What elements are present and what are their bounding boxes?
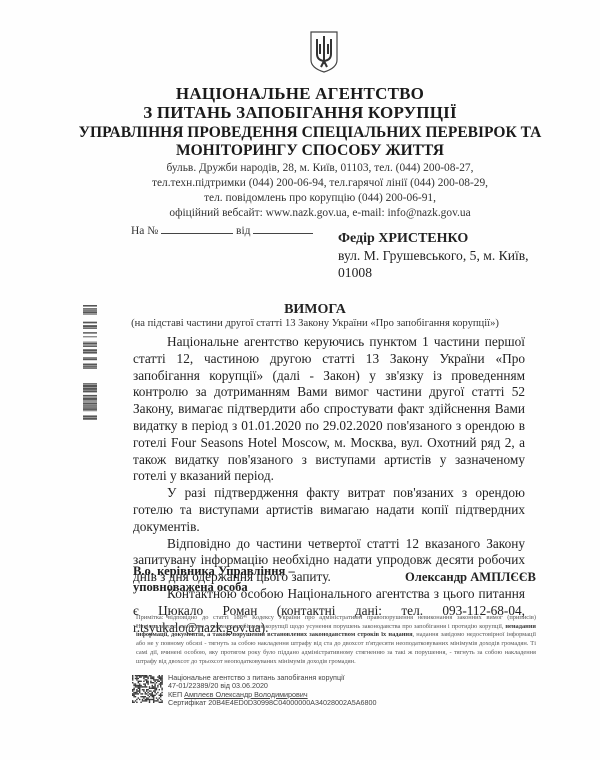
contact-website: офіційний вебсайт: www.nazk.gov.ua, e-ma…: [0, 206, 600, 221]
agency-name-line2: З ПИТАНЬ ЗАПОБІГАННЯ КОРУПЦІЇ: [0, 103, 600, 123]
signatory-position-line1: В.о. керівника Управління –: [133, 563, 295, 579]
legal-note: Примітка: відповідно до статті 188⁴⁶ Код…: [136, 614, 536, 666]
reference-date-label: від: [236, 225, 250, 237]
recipient-address-line1: вул. М. Грушевського, 5, м. Київ,: [338, 247, 529, 264]
stamp-certificate-value: 20B4E4ED0D30998C04000000A34028002A5A6800: [208, 698, 376, 707]
contact-corruption-line: тел. повідомлень про корупцію (044) 200-…: [0, 191, 600, 206]
body-paragraph: У разі підтвердження факту витрат пов'яз…: [133, 485, 525, 535]
reference-line: На № від: [131, 223, 313, 237]
signatory-position: В.о. керівника Управління – уповноважена…: [133, 563, 295, 595]
reference-number-blank: [161, 223, 233, 234]
signatory-position-line2: уповноважена особа: [133, 579, 295, 595]
reference-number-label: На №: [131, 225, 158, 237]
recipient-block: Федір ХРИСТЕНКО вул. М. Грушевського, 5,…: [338, 230, 529, 281]
body-paragraph: Національне агентство керуючись пунктом …: [133, 334, 525, 485]
contact-address: бульв. Дружби народів, 28, м. Київ, 0110…: [0, 161, 600, 176]
recipient-name: Федір ХРИСТЕНКО: [338, 230, 529, 247]
department-name-line2: МОНІТОРИНГУ СПОСОБУ ЖИТТЯ: [0, 142, 600, 160]
agency-name-line1: НАЦІОНАЛЬНЕ АГЕНТСТВО: [0, 84, 600, 104]
qr-code-icon: [132, 675, 163, 703]
signatory-name: Олександр АМПЛЄЄВ: [405, 570, 536, 585]
e-signature-stamp: Національне агентство з питань запобіган…: [168, 674, 377, 707]
stamp-certificate: Сертифікат 20B4E4ED0D30998C04000000A3402…: [168, 699, 377, 707]
document-subtitle: (на підставі частини другої статті 13 За…: [0, 318, 600, 329]
document-page: НАЦІОНАЛЬНЕ АГЕНТСТВО З ПИТАНЬ ЗАПОБІГАН…: [0, 0, 600, 760]
recipient-address-line2: 01008: [338, 264, 529, 281]
reference-date-blank: [253, 223, 313, 234]
trident-coat-of-arms-icon: [309, 30, 339, 74]
stamp-certificate-label: Сертифікат: [168, 698, 206, 707]
department-name-line1: УПРАВЛІННЯ ПРОВЕДЕННЯ СПЕЦІАЛЬНИХ ПЕРЕВІ…: [0, 124, 600, 142]
legal-note-part1: Примітка: відповідно до статті 188⁴⁶ Код…: [136, 614, 536, 630]
document-title: ВИМОГА: [0, 302, 600, 318]
contact-phones: тел.техн.підтримки (044) 200-06-94, тел.…: [0, 176, 600, 191]
